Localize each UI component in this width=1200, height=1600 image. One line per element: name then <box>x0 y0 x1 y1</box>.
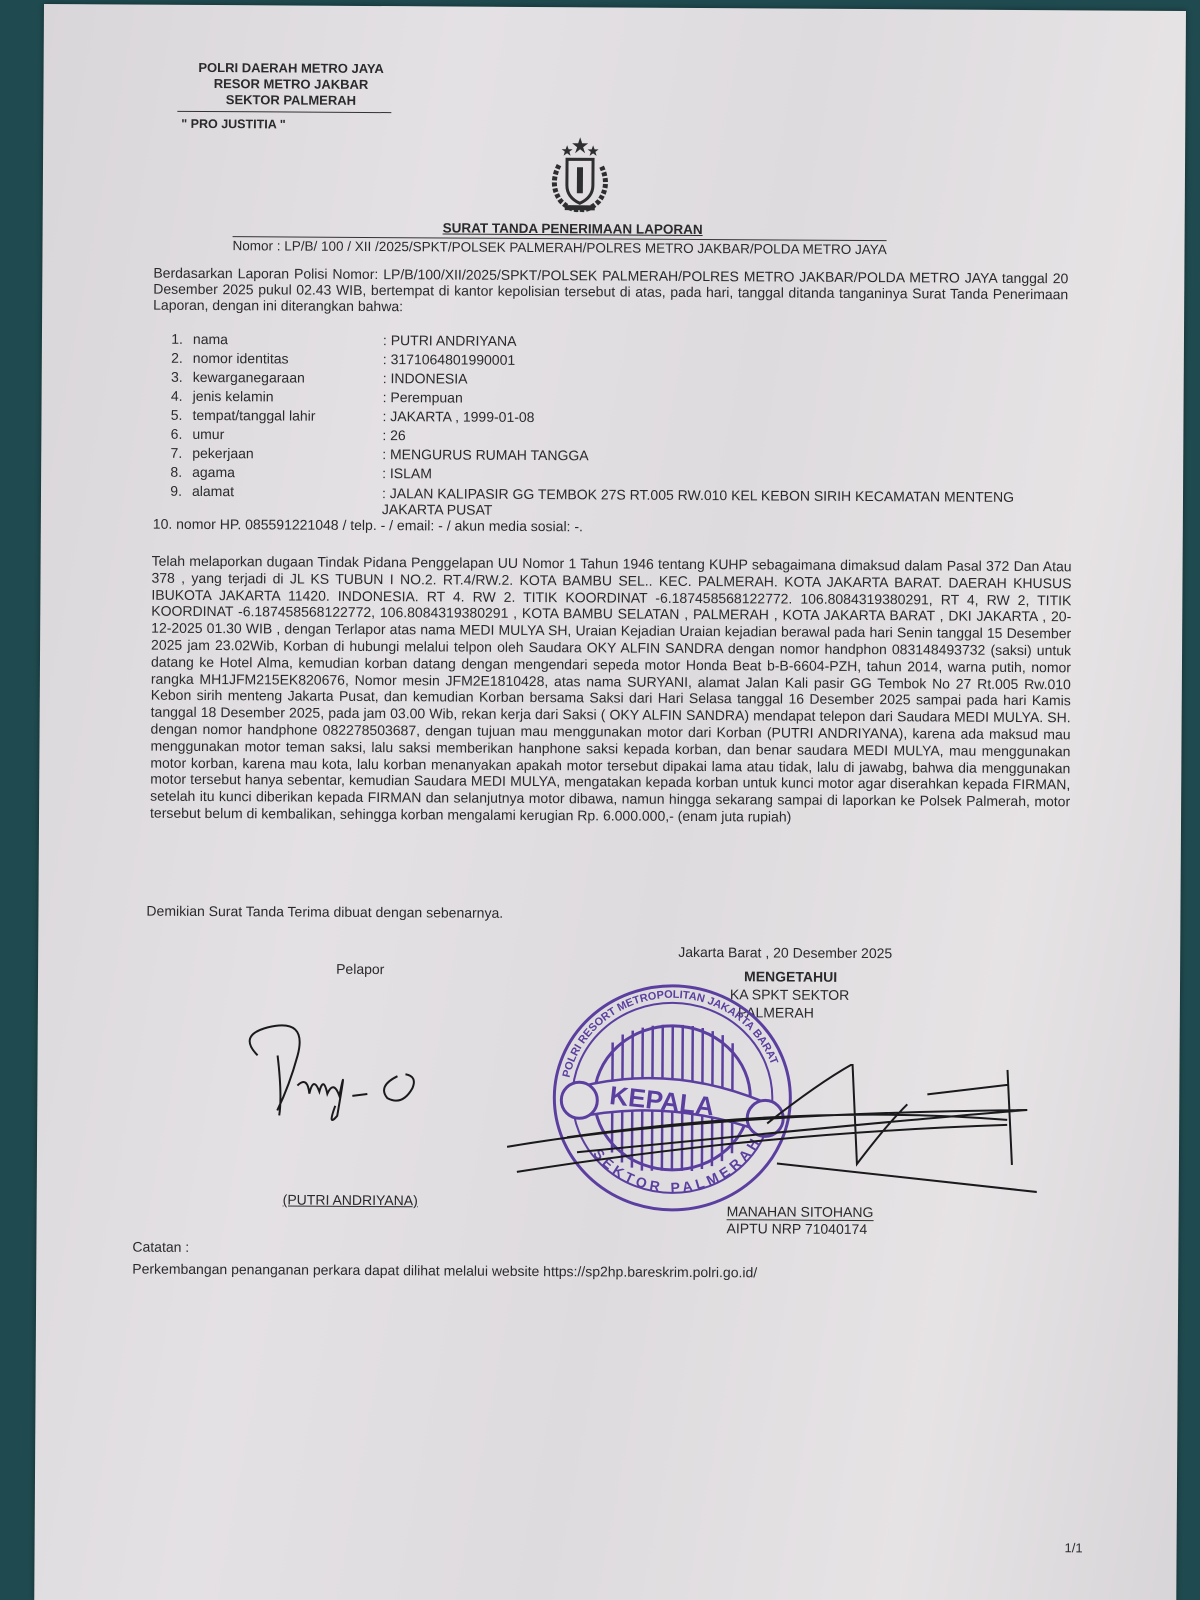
notes-text: Perkembangan penanganan perkara dapat di… <box>132 1261 757 1281</box>
officer-name: MANAHAN SITOHANG <box>727 1203 874 1221</box>
document-paper: POLRI DAERAH METRO JAYA RESOR METRO JAKB… <box>34 4 1186 1600</box>
contact-line: 10. nomor HP. 085591221048 / telp. - / e… <box>153 516 583 535</box>
reporter-label: Pelapor <box>336 961 384 977</box>
page-number: 1/1 <box>1065 1540 1083 1555</box>
closing-statement: Demikian Surat Tanda Terima dibuat denga… <box>146 903 503 921</box>
letterhead-line-1: POLRI DAERAH METRO JAYA <box>184 60 399 77</box>
officer-rank: AIPTU NRP 71040174 <box>726 1220 867 1237</box>
report-body: Telah melaporkan dugaan Tindak Pidana Pe… <box>150 553 1072 827</box>
place-date: Jakarta Barat , 20 Desember 2025 <box>678 944 892 961</box>
pro-justitia: " PRO JUSTITIA " <box>181 117 286 132</box>
intro-paragraph: Berdasarkan Laporan Polisi Nomor: LP/B/1… <box>153 265 1068 319</box>
document-title: SURAT TANDA PENERIMAAN LAPORAN <box>443 220 703 237</box>
identity-row: 9.alamat: JALAN KALIPASIR GG TEMBOK 27S … <box>152 482 1052 521</box>
officer-signature <box>507 1062 1038 1195</box>
police-emblem-icon <box>547 135 613 217</box>
reporter-signature <box>227 1015 468 1136</box>
identity-list: 1.nama: PUTRI ANDRIYANA 2.nomor identita… <box>152 330 1053 521</box>
document-number: Nomor : LP/B/ 100 / XII /2025/SPKT/POLSE… <box>232 236 886 257</box>
letterhead-line-3: SEKTOR PALMERAH <box>183 92 398 109</box>
notes-label: Catatan : <box>132 1239 189 1255</box>
letterhead: POLRI DAERAH METRO JAYA RESOR METRO JAKB… <box>183 60 398 109</box>
letterhead-line-2: RESOR METRO JAKBAR <box>183 76 398 93</box>
reporter-name: (PUTRI ANDRIYANA) <box>283 1191 418 1208</box>
letterhead-divider <box>177 111 391 113</box>
